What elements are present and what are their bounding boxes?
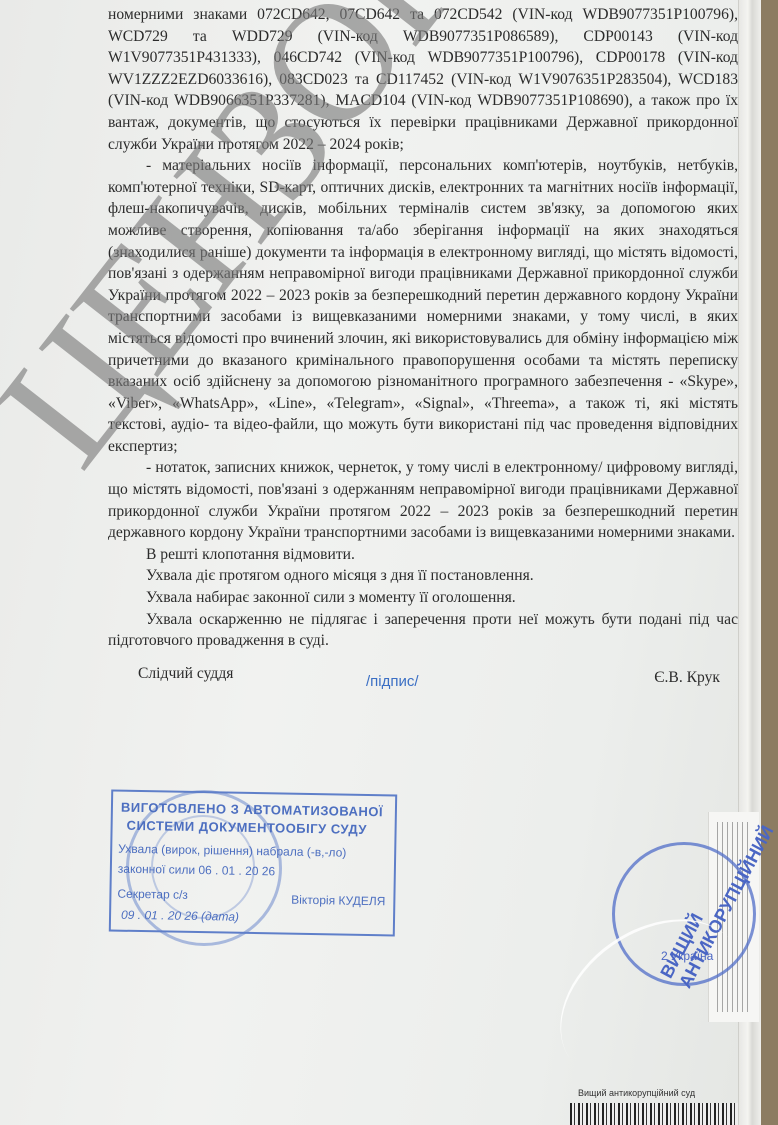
stamp-line-3: Ухвала (вирок, рішення) набрала (-в,-ло) bbox=[118, 842, 346, 860]
document-body: номерними знаками 072CD642, 07CD642 та 0… bbox=[108, 4, 738, 652]
signature-mark: /підпис/ bbox=[366, 673, 419, 690]
paragraph-media: - матеріальних носіїв інформації, персон… bbox=[108, 155, 738, 457]
barcode-bars bbox=[570, 1103, 738, 1125]
stamp-line-7: 09 . 01 . 20 26 (дата) bbox=[121, 908, 239, 924]
barcode: Вищий антикорупційний суд bbox=[570, 1088, 738, 1125]
paragraph-denial: В решті клопотання відмовити. bbox=[108, 544, 738, 566]
signature-row: Слідчий суддя /підпис/ Є.В. Крук bbox=[138, 665, 728, 695]
stamp-line-2: СИСТЕМИ ДОКУМЕНТООБІГУ СУДУ bbox=[127, 818, 368, 837]
paragraph-appeal: Ухвала оскарженню не підлягає і заперече… bbox=[108, 609, 738, 652]
paragraph-effect: Ухвала набирає законної сили з моменту ї… bbox=[108, 587, 738, 609]
court-certification-stamp: ВИГОТОВЛЕНО З АВТОМАТИЗОВАНОЇ СИСТЕМИ ДО… bbox=[109, 790, 397, 937]
stamp-line-4: законної сили 06 . 01 . 20 26 bbox=[118, 862, 276, 879]
stamp-line-6: Вікторія КУДЕЛЯ bbox=[291, 893, 385, 909]
stamp-line-1: ВИГОТОВЛЕНО З АВТОМАТИЗОВАНОЇ bbox=[121, 800, 383, 820]
signature-title: Слідчий суддя bbox=[138, 665, 233, 683]
paragraph-vehicles: номерними знаками 072CD642, 07CD642 та 0… bbox=[108, 4, 738, 155]
stamp-line-5: Секретар с/з bbox=[117, 887, 188, 902]
paragraph-validity: Ухвала діє протягом одного місяця з дня … bbox=[108, 565, 738, 587]
judge-name: Є.В. Крук bbox=[654, 669, 720, 687]
barcode-caption: Вищий антикорупційний суд bbox=[578, 1088, 695, 1098]
paragraph-notes: - нотаток, записних книжок, чернеток, у … bbox=[108, 457, 738, 543]
document-page: номерними знаками 072CD642, 07CD642 та 0… bbox=[0, 0, 760, 1125]
